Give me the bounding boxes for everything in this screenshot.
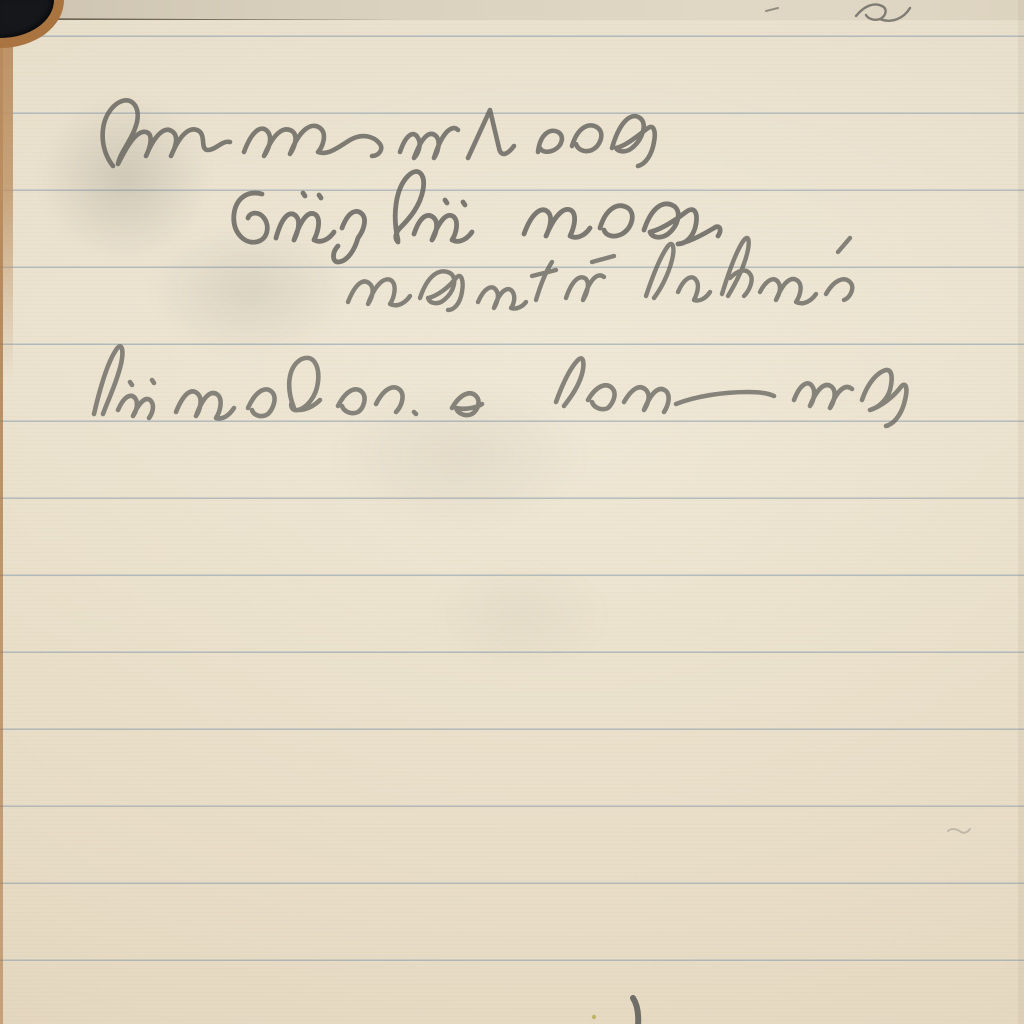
top-edge-scribble xyxy=(856,4,910,20)
handwriting-line-1 xyxy=(103,100,655,166)
top-edge-tick xyxy=(766,8,778,11)
bottom-stroke xyxy=(633,998,638,1024)
handwriting-line-4 xyxy=(94,346,906,426)
paper-speck xyxy=(592,1015,596,1019)
handwriting-line-3 xyxy=(348,238,852,310)
notebook-page-scan xyxy=(0,0,1024,1024)
handwriting-line-2 xyxy=(234,172,720,262)
faint-tilde-mark xyxy=(948,829,970,833)
handwriting-layer xyxy=(0,0,1024,1024)
